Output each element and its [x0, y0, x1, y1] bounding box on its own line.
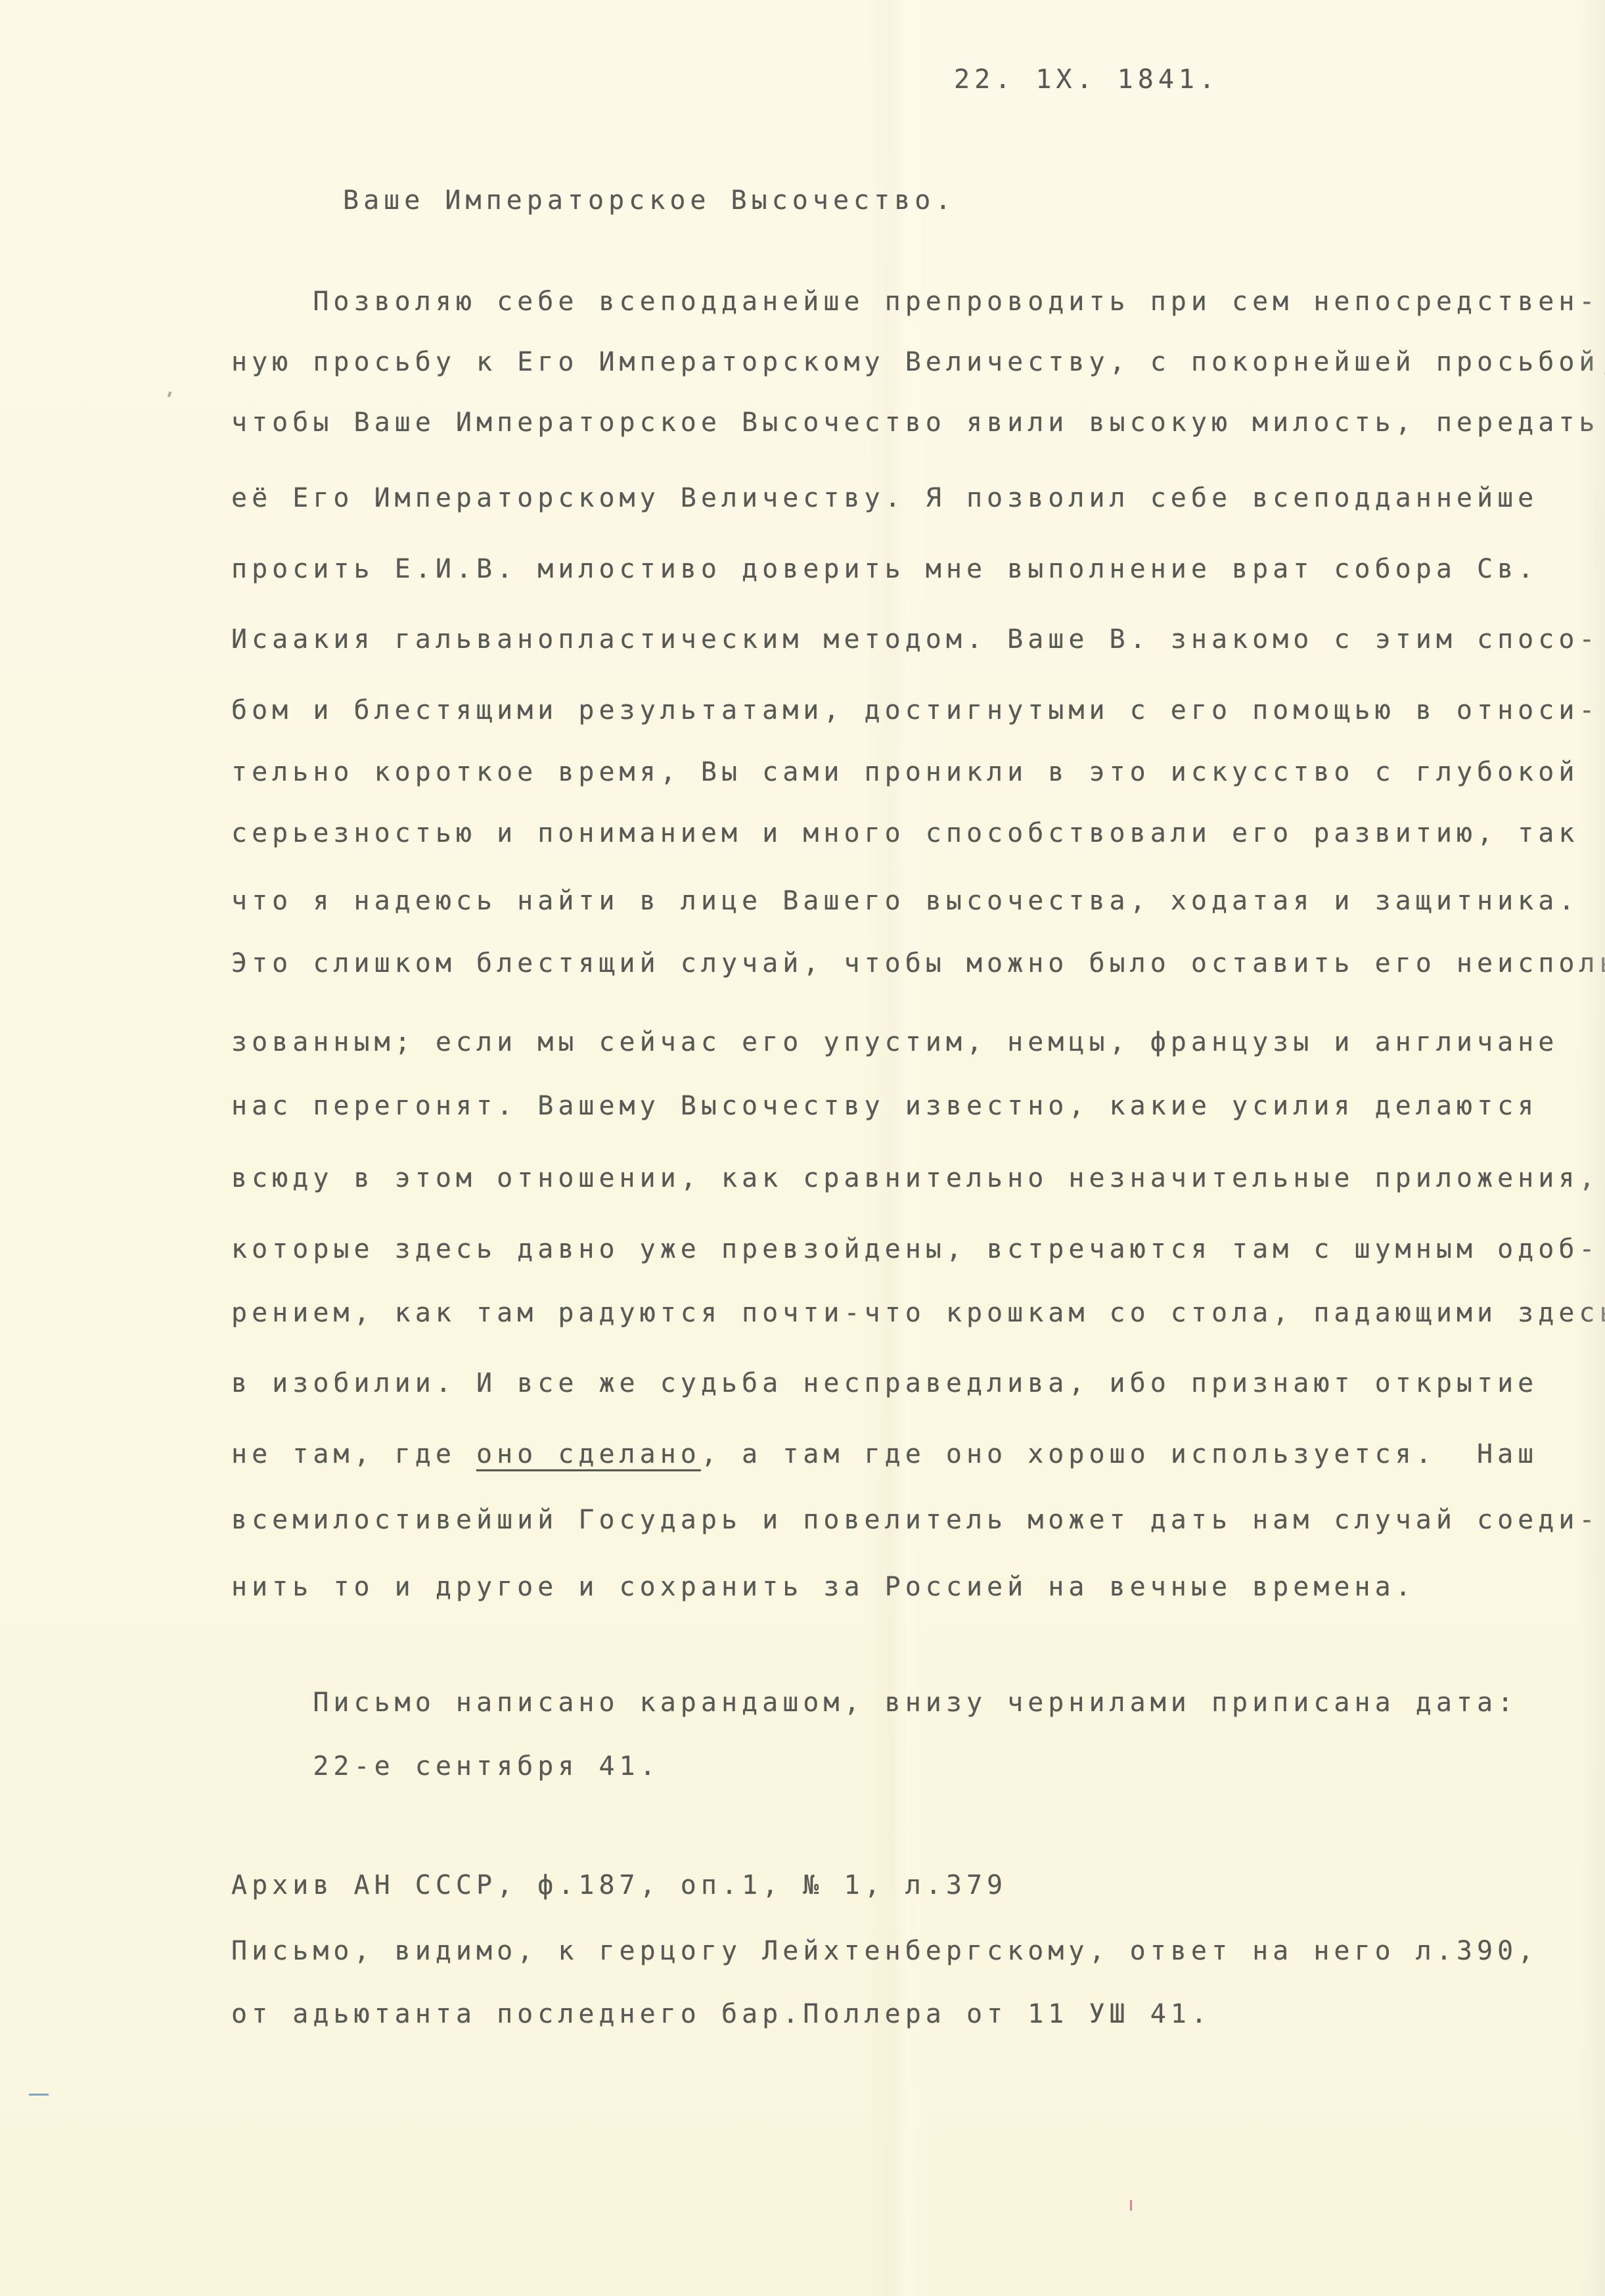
- salutation: Ваше Императорское Высочество.: [343, 185, 955, 216]
- blue-ink-mark: [29, 2094, 49, 2096]
- letter-line-underlined: не там, где оно сделано, а там где оно х…: [231, 1439, 1538, 1469]
- underlined-phrase: оно сделано: [476, 1439, 701, 1469]
- archive-comment-line-2: от адьютанта последнего бар.Поллера от 1…: [231, 1999, 1211, 2029]
- letter-line: рением, как там радуются почти-что крошк…: [231, 1298, 1605, 1328]
- letter-line: нить то и другое и сохранить за Россией …: [231, 1572, 1416, 1602]
- pencil-mark: [168, 392, 171, 398]
- red-speck-mark: [1130, 2200, 1132, 2211]
- letter-line: Это слишком блестящий случай, чтобы можн…: [231, 948, 1605, 978]
- letter-line: тельно короткое время, Вы сами проникли …: [231, 757, 1579, 787]
- text-after-underline: , а там где оно хорошо используется. Наш: [701, 1439, 1538, 1469]
- letter-line: чтобы Ваше Императорское Высочество явил…: [231, 407, 1600, 438]
- letter-line: её Его Императорскому Величеству. Я позв…: [231, 483, 1538, 513]
- letter-line: что я надеюсь найти в лице Вашего высоче…: [231, 886, 1579, 916]
- document-page: 22. 1X. 1841. Ваше Императорское Высочес…: [0, 0, 1605, 2296]
- editor-note-line-2: 22-е сентября 41.: [231, 1751, 660, 1781]
- letter-date: 22. 1X. 1841.: [954, 64, 1219, 95]
- letter-line: всюду в этом отношении, как сравнительно…: [231, 1163, 1600, 1193]
- letter-line: серьезностью и пониманием и много способ…: [231, 818, 1579, 848]
- letter-line: Исаакия гальванопластическим методом. Ва…: [231, 624, 1600, 654]
- letter-line: ную просьбу к Его Императорскому Величес…: [231, 347, 1605, 377]
- letter-line: бом и блестящими результатами, достигнут…: [231, 695, 1600, 725]
- editor-note-line-1: Письмо написано карандашом, внизу чернил…: [231, 1688, 1518, 1718]
- letter-line: зованным; если мы сейчас его упустим, не…: [231, 1027, 1558, 1057]
- text-before-underline: не там, где: [231, 1439, 476, 1469]
- letter-line: в изобилии. И все же судьба несправедлив…: [231, 1368, 1538, 1398]
- archive-comment-line-1: Письмо, видимо, к герцогу Лейхтенбергско…: [231, 1936, 1538, 1966]
- letter-line: всемилостивейший Государь и повелитель м…: [231, 1505, 1600, 1535]
- archive-reference: Архив АН СССР, ф.187, оп.1, № 1, л.379: [231, 1870, 1007, 1900]
- letter-line: нас перегонят. Вашему Высочеству известн…: [231, 1091, 1538, 1121]
- letter-line: Позволяю себе всеподданейше препроводить…: [231, 287, 1600, 317]
- letter-line: просить Е.И.В. милостиво доверить мне вы…: [231, 554, 1538, 584]
- letter-line: которые здесь давно уже превзойдены, вст…: [231, 1234, 1600, 1264]
